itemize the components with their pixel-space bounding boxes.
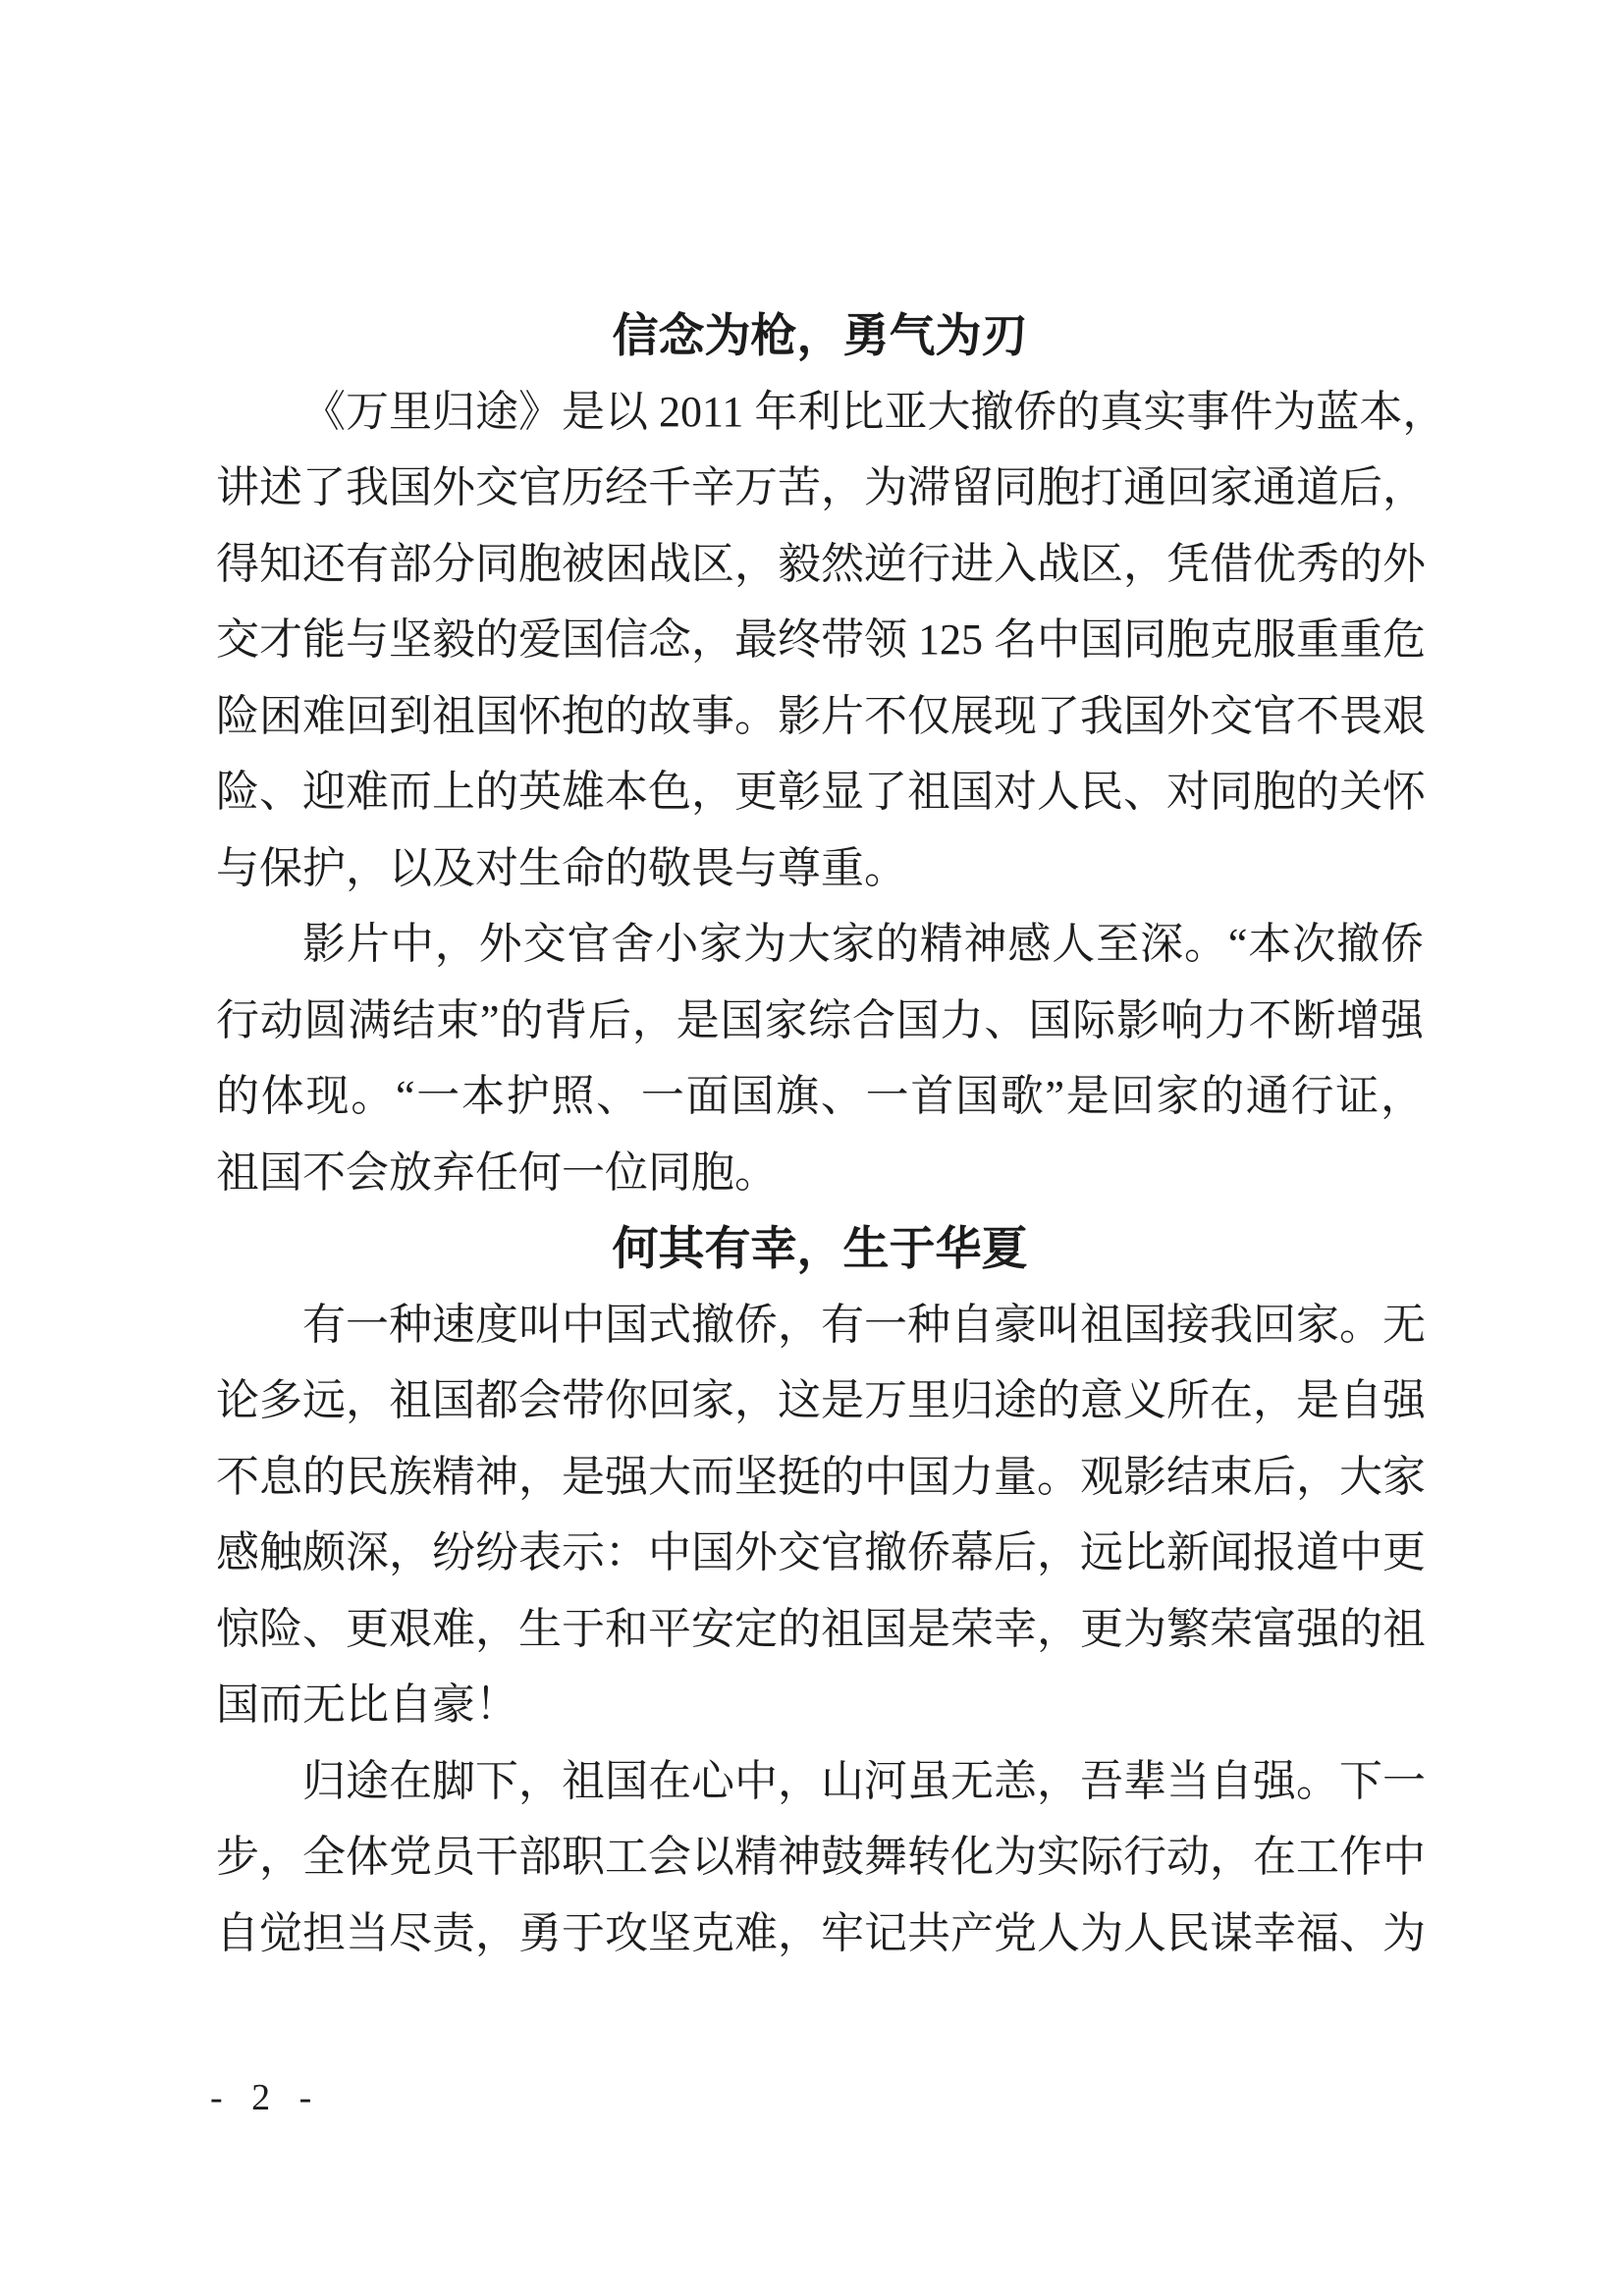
text-line: 讲述了我国外交官历经千辛万苦，为滞留同胞打通回家通道后， [216,450,1424,526]
text-line: 步，全体党员干部职工会以精神鼓舞转化为实际行动，在工作中 [216,1819,1424,1896]
text-line: 不息的民族精神，是强大而坚挺的中国力量。观影结束后，大家 [216,1439,1424,1516]
text-line: 国而无比自豪！ [216,1667,1424,1743]
text-line: 惊险、更艰难，生于和平安定的祖国是荣幸，更为繁荣富强的祖 [216,1591,1424,1668]
text-line: 与保护，以及对生命的敬畏与尊重。 [216,830,1424,907]
text-line: 有一种速度叫中国式撤侨，有一种自豪叫祖国接我回家。无 [216,1287,1424,1363]
text-line: 行动圆满结束”的背后，是国家综合国力、国际影响力不断增强 [216,983,1424,1059]
text-line: 的体现。“一本护照、一面国旗、一首国歌”是回家的通行证， [216,1058,1424,1135]
page-number: - 2 - [210,2073,320,2122]
text-line: 交才能与坚毅的爱国信念，最终带领 125 名中国同胞克服重重危 [216,602,1424,678]
text-line: 《万里归途》是以 2011 年利比亚大撤侨的真实事件为蓝本， [216,374,1424,451]
text-line: 险困难回到祖国怀抱的故事。影片不仅展现了我国外交官不畏艰 [216,678,1424,755]
text-line: 论多远，祖国都会带你回家，这是万里归途的意义所在，是自强 [216,1362,1424,1439]
text-line: 祖国不会放弃任何一位同胞。 [216,1135,1424,1211]
text-line: 感触颇深，纷纷表示：中国外交官撤侨幕后，远比新闻报道中更 [216,1515,1424,1591]
section-heading-1: 信念为枪，勇气为刃 [216,297,1424,374]
text-line: 得知还有部分同胞被困战区，毅然逆行进入战区，凭借优秀的外 [216,526,1424,603]
text-line: 险、迎难而上的英雄本色，更彰显了祖国对人民、对同胞的关怀 [216,754,1424,830]
document-body: 信念为枪，勇气为刃 《万里归途》是以 2011 年利比亚大撤侨的真实事件为蓝本，… [216,297,1424,1971]
text-line: 自觉担当尽责，勇于攻坚克难，牢记共产党人为人民谋幸福、为 [216,1896,1424,1972]
text-line: 归途在脚下，祖国在心中，山河虽无恙，吾辈当自强。下一 [216,1743,1424,1820]
document-page: 信念为枪，勇气为刃 《万里归途》是以 2011 年利比亚大撤侨的真实事件为蓝本，… [0,0,1624,2296]
section-heading-2: 何其有幸，生于华夏 [216,1210,1424,1287]
text-line: 影片中，外交官舍小家为大家的精神感人至深。“本次撤侨 [216,906,1424,983]
